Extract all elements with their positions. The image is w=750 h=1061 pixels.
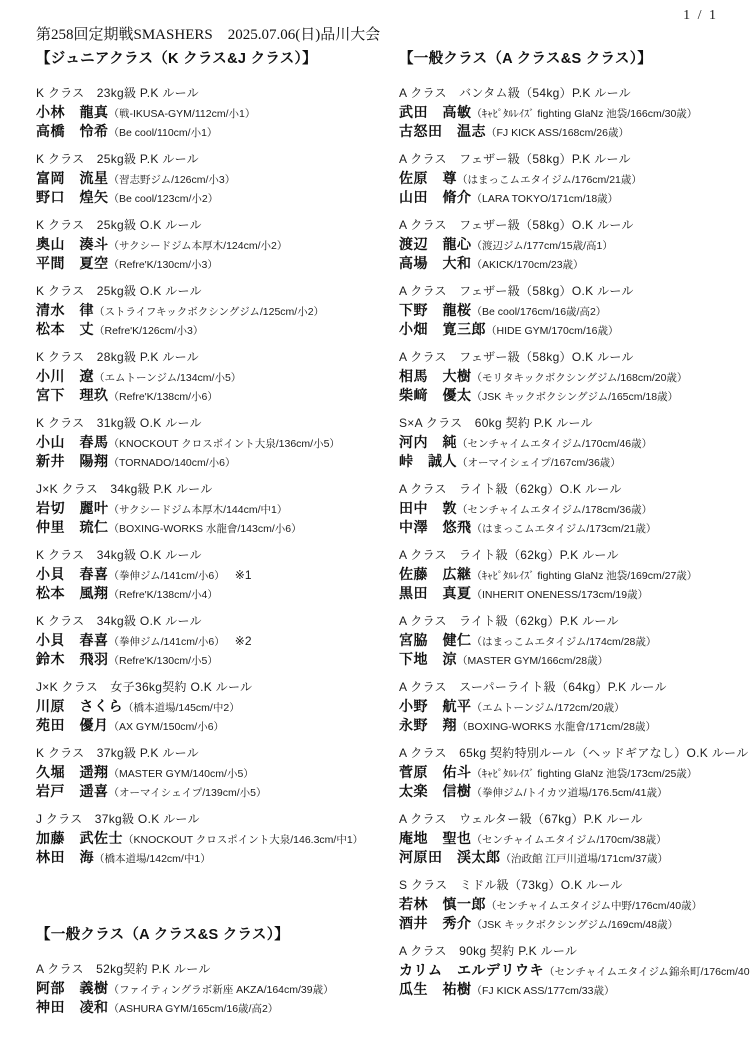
fighter-row: 庵地 聖也（センチャイムエタイジム/170cm/38歳） [399,829,747,848]
fighter-row: 小林 龍真（戦-IKUSA-GYM/112cm/小1） [36,103,392,122]
fighter-info: （Be cool/176cm/16歳/高2） [472,306,607,318]
match-block: A クラス ライト級（62kg）P.K ルール 宮脇 健仁（はまっこムエタイジム… [399,612,747,669]
match-block: A クラス フェザー級（58kg）O.K ルール 渡辺 龍心（渡辺ジム/177c… [399,216,747,273]
match-division: K クラス 37kg級 P.K ルール [36,744,392,763]
fighter-row: 宮脇 健仁（はまっこムエタイジム/174cm/28歳） [399,631,747,650]
fighter-row: 宮下 理玖（Refre'K/138cm/小6） [36,386,392,405]
fighter-name: 林田 海 [36,849,94,865]
fighter-name: 岩切 麗叶 [36,500,109,516]
match-division: A クラス 52kg契約 P.K ルール [36,960,392,979]
fighter-info: （センチャイムエタイジム錦糸町/176cm/40歳） [544,966,750,978]
fighter-row: 柴﨑 優太（JSK キックボクシングジム/165cm/18歳） [399,386,747,405]
fighter-info: （BOXING-WORKS 水龍會/171cm/28歳） [457,721,656,733]
fighter-name: 庵地 聖也 [399,830,472,846]
fighter-name: 峠 誠人 [399,453,457,469]
match-block: A クラス ライト級（62kg）P.K ルール 佐藤 広継（ｷｬﾋﾟﾀﾙﾚｲｽﾞ… [399,546,747,603]
fighter-name: 阿部 義樹 [36,980,109,996]
fighter-row: 小山 春馬（KNOCKOUT クロスポイント大泉/136cm/小5） [36,433,392,452]
fighter-row: 岩切 麗叶（サクシードジム本厚木/144cm/中1） [36,499,392,518]
fighter-name: 新井 陽翔 [36,453,109,469]
fighter-info: （オーマイシェイプ/167cm/36歳） [457,457,621,469]
fighter-row: 新井 陽翔（TORNADO/140cm/小6） [36,452,392,471]
fighter-row: 清水 律（ストライフキックボクシングジム/125cm/小2） [36,301,392,320]
match-block: A クラス フェザー級（58kg）O.K ルール 相馬 大樹（モリタキックボクシ… [399,348,747,405]
fighter-name: 古怒田 温志 [399,123,486,139]
fighter-info: （ASHURA GYM/165cm/16歳/高2） [109,1003,279,1015]
fighter-row: 川原 さくら（橋本道場/145cm/中2） [36,697,392,716]
match-block: A クラス ライト級（62kg）O.K ルール 田中 敦（センチャイムエタイジム… [399,480,747,537]
match-division: K クラス 25kg級 O.K ルール [36,282,392,301]
match-division: J×K クラス 34kg級 P.K ルール [36,480,392,499]
fighter-name: 佐原 尊 [399,170,457,186]
fighter-row: 阿部 義樹（ファイティングラボ新座 AKZA/164cm/39歳） [36,979,392,998]
fighter-row: 野口 煌矢（Be cool/123cm/小2） [36,188,392,207]
right-column: 【一般クラス（A クラス&S クラス）】 A クラス バンタム級（54kg）P.… [399,47,747,1008]
fighter-note: ※1 [235,568,252,582]
fighter-info: （BOXING-WORKS 水龍會/143cm/小6） [109,523,302,535]
fighter-name: 奥山 湊斗 [36,236,109,252]
fighter-info: （Refre'K/138cm/小4） [109,589,218,601]
match-division: A クラス ウェルター級（67kg）P.K ルール [399,810,747,829]
fighter-info: （拳伸ジム/141cm/小6） [109,636,225,648]
fighter-info: （FJ KICK ASS/177cm/33歳） [472,985,615,997]
fighter-name: 川原 さくら [36,698,123,714]
section-heading: 【一般クラス（A クラス&S クラス）】 [36,923,392,944]
match-block: K クラス 25kg級 O.K ルール 奥山 湊斗（サクシードジム本厚木/124… [36,216,392,273]
fighter-name: 加藤 武佐士 [36,830,123,846]
fighter-info: （INHERIT ONENESS/173cm/19歳） [472,589,649,601]
class-section: 【一般クラス（A クラス&S クラス）】 A クラス バンタム級（54kg）P.… [399,47,747,999]
fighter-info: （エムトーンジム/134cm/小5） [94,372,241,384]
fighter-name: 下野 龍桜 [399,302,472,318]
fighter-info: （はまっこムエタイジム/174cm/28歳） [472,636,657,648]
match-block: S クラス ミドル級（73kg）O.K ルール 若林 慎一郎（センチャイムエタイ… [399,876,747,933]
fighter-info: （MASTER GYM/166cm/28歳） [457,655,608,667]
fighter-name: 渡辺 龍心 [399,236,472,252]
class-section: 【ジュニアクラス（K クラス&J クラス）】 K クラス 23kg級 P.K ル… [36,47,392,867]
fighter-info: （ｷｬﾋﾟﾀﾙﾚｲｽﾞ fighting GlaNz 池袋/173cm/25歳） [472,768,698,780]
fighter-name: 河原田 渓太郎 [399,849,501,865]
match-division: S×A クラス 60kg 契約 P.K ルール [399,414,747,433]
match-division: A クラス バンタム級（54kg）P.K ルール [399,84,747,103]
match-division: J クラス 37kg級 O.K ルール [36,810,392,829]
fighter-info: （ファイティングラボ新座 AKZA/164cm/39歳） [109,984,334,996]
fighter-name: 山田 脩介 [399,189,472,205]
fighter-row: 中澤 悠飛（はまっこムエタイジム/173cm/21歳） [399,518,747,537]
match-division: A クラス スーパーライト級（64kg）P.K ルール [399,678,747,697]
fighter-name: 太楽 信樹 [399,783,472,799]
fighter-info: （治政館 江戸川道場/171cm/37歳） [501,853,668,865]
fighter-info: （Refre'K/138cm/小6） [109,391,218,403]
fighter-info: （HIDE GYM/170cm/16歳） [486,325,618,337]
match-block: A クラス ウェルター級（67kg）P.K ルール 庵地 聖也（センチャイムエタ… [399,810,747,867]
fighter-info: （Refre'K/126cm/小3） [94,325,203,337]
fighter-info: （渡辺ジム/177cm/15歳/高1） [472,240,613,252]
match-division: K クラス 25kg級 O.K ルール [36,216,392,235]
match-division: K クラス 23kg級 P.K ルール [36,84,392,103]
fighter-row: 小川 遼（エムトーンジム/134cm/小5） [36,367,392,386]
fighter-row: 松本 風翔（Refre'K/138cm/小4） [36,584,392,603]
fighter-row: 瓜生 祐樹（FJ KICK ASS/177cm/33歳） [399,980,747,999]
fighter-name: 田中 敦 [399,500,457,516]
fighter-row: カリム エルデリウキ（センチャイムエタイジム錦糸町/176cm/40歳） [399,961,747,980]
match-block: K クラス 34kg級 O.K ルール 小貝 春喜（拳伸ジム/141cm/小6）… [36,546,392,603]
match-block: K クラス 31kg級 O.K ルール 小山 春馬（KNOCKOUT クロスポイ… [36,414,392,471]
fighter-name: 野口 煌矢 [36,189,109,205]
fighter-row: 苑田 優月（AX GYM/150cm/小6） [36,716,392,735]
fighter-row: 仲里 琉仁（BOXING-WORKS 水龍會/143cm/小6） [36,518,392,537]
fighter-info: （オーマイシェイプ/139cm/小5） [109,787,267,799]
fighter-info: （はまっこムエタイジム/173cm/21歳） [472,523,657,535]
match-division: J×K クラス 女子36kg契約 O.K ルール [36,678,392,697]
fighter-info: （センチャイムエタイジム/170cm/46歳） [457,438,652,450]
fighter-name: 小貝 春喜 [36,566,109,582]
fighter-name: 小林 龍真 [36,104,109,120]
fighter-info: （AX GYM/150cm/小6） [109,721,225,733]
left-column: 【ジュニアクラス（K クラス&J クラス）】 K クラス 23kg級 P.K ル… [36,47,392,1026]
fighter-row: 山田 脩介（LARA TOKYO/171cm/18歳） [399,188,747,207]
match-block: K クラス 25kg級 O.K ルール 清水 律（ストライフキックボクシングジム… [36,282,392,339]
fighter-info: （エムトーンジム/172cm/20歳） [472,702,625,714]
fighter-info: （はまっこムエタイジム/176cm/21歳） [457,174,642,186]
fighter-row: 小貝 春喜（拳伸ジム/141cm/小6）※1 [36,565,392,584]
fighter-name: 河内 純 [399,434,457,450]
fighter-info: （モリタキックボクシングジム/168cm/20歳） [472,372,688,384]
fighter-name: 鈴木 飛羽 [36,651,109,667]
fighter-name: カリム エルデリウキ [399,962,544,978]
fighter-name: 宮脇 健仁 [399,632,472,648]
fighter-info: （Be cool/123cm/小2） [109,193,219,205]
fighter-row: 永野 翔（BOXING-WORKS 水龍會/171cm/28歳） [399,716,747,735]
fighter-row: 相馬 大樹（モリタキックボクシングジム/168cm/20歳） [399,367,747,386]
fighter-row: 加藤 武佐士（KNOCKOUT クロスポイント大泉/146.3cm/中1） [36,829,392,848]
fighter-row: 下野 龍桜（Be cool/176cm/16歳/高2） [399,301,747,320]
fighter-info: （KNOCKOUT クロスポイント大泉/136cm/小5） [109,438,340,450]
fighter-name: 岩戸 遥喜 [36,783,109,799]
fighter-name: 松本 丈 [36,321,94,337]
fighter-name: 菅原 佑斗 [399,764,472,780]
fighter-note: ※2 [235,634,252,648]
fighter-info: （ストライフキックボクシングジム/125cm/小2） [94,306,324,318]
match-block: A クラス 90kg 契約 P.K ルール カリム エルデリウキ（センチャイムエ… [399,942,747,999]
fighter-info: （橋本道場/142cm/中1） [94,853,211,865]
match-division: A クラス フェザー級（58kg）O.K ルール [399,348,747,367]
fighter-name: 瓜生 祐樹 [399,981,472,997]
fighter-row: 佐原 尊（はまっこムエタイジム/176cm/21歳） [399,169,747,188]
fighter-row: 黒田 真夏（INHERIT ONENESS/173cm/19歳） [399,584,747,603]
fighter-name: 高橋 怜希 [36,123,109,139]
fighter-info: （橋本道場/145cm/中2） [123,702,240,714]
match-block: J×K クラス 女子36kg契約 O.K ルール 川原 さくら（橋本道場/145… [36,678,392,735]
match-division: K クラス 25kg級 P.K ルール [36,150,392,169]
fighter-row: 高橋 怜希（Be cool/110cm/小1） [36,122,392,141]
fighter-name: 永野 翔 [399,717,457,733]
match-division: S クラス ミドル級（73kg）O.K ルール [399,876,747,895]
fighter-name: 苑田 優月 [36,717,109,733]
match-block: J×K クラス 34kg級 P.K ルール 岩切 麗叶（サクシードジム本厚木/1… [36,480,392,537]
section-heading: 【ジュニアクラス（K クラス&J クラス）】 [36,47,392,68]
fighter-row: 下地 涼（MASTER GYM/166cm/28歳） [399,650,747,669]
match-division: K クラス 28kg級 P.K ルール [36,348,392,367]
fighter-name: 松本 風翔 [36,585,109,601]
fighter-name: 久堀 遥翔 [36,764,109,780]
fighter-info: （サクシードジム本厚木/144cm/中1） [109,504,288,516]
match-block: J クラス 37kg級 O.K ルール 加藤 武佐士（KNOCKOUT クロスポ… [36,810,392,867]
fighter-row: 古怒田 温志（FJ KICK ASS/168cm/26歳） [399,122,747,141]
fighter-row: 小野 航平（エムトーンジム/172cm/20歳） [399,697,747,716]
fighter-name: 平間 夏空 [36,255,109,271]
fighter-info: （サクシードジム本厚木/124cm/小2） [109,240,288,252]
class-section: 【一般クラス（A クラス&S クラス）】 A クラス 52kg契約 P.K ルー… [36,923,392,1017]
fighter-name: 高場 大和 [399,255,472,271]
fighter-row: 小貝 春喜（拳伸ジム/141cm/小6）※2 [36,631,392,650]
match-division: A クラス 65kg 契約特別ルール（ヘッドギアなし）O.K ルール [399,744,747,763]
page-number: 1 / 1 [683,8,718,24]
fighter-row: 神田 凌和（ASHURA GYM/165cm/16歳/高2） [36,998,392,1017]
fighter-info: （JSK キックボクシングジム/169cm/48歳） [472,919,679,931]
fighter-info: （Be cool/110cm/小1） [109,127,218,139]
fighter-info: （ｷｬﾋﾟﾀﾙﾚｲｽﾞ fighting GlaNz 池袋/169cm/27歳） [472,570,698,582]
match-division: A クラス 90kg 契約 P.K ルール [399,942,747,961]
fighter-row: 松本 丈（Refre'K/126cm/小3） [36,320,392,339]
fighter-info: （戦-IKUSA-GYM/112cm/小1） [109,108,256,120]
match-division: A クラス ライト級（62kg）P.K ルール [399,546,747,565]
fighter-name: 宮下 理玖 [36,387,109,403]
match-division: A クラス フェザー級（58kg）O.K ルール [399,282,747,301]
match-division: A クラス フェザー級（58kg）P.K ルール [399,150,747,169]
match-block: A クラス 65kg 契約特別ルール（ヘッドギアなし）O.K ルール 菅原 佑斗… [399,744,747,801]
match-block: A クラス フェザー級（58kg）P.K ルール 佐原 尊（はまっこムエタイジム… [399,150,747,207]
fighter-row: 太楽 信樹（拳伸ジム/トイカツ道場/176.5cm/41歳） [399,782,747,801]
fighter-name: 武田 高敏 [399,104,472,120]
fighter-info: （習志野ジム/126cm/小3） [109,174,236,186]
fighter-row: 鈴木 飛羽（Refre'K/130cm/小5） [36,650,392,669]
fighter-name: 小貝 春喜 [36,632,109,648]
match-block: A クラス フェザー級（58kg）O.K ルール 下野 龍桜（Be cool/1… [399,282,747,339]
fighter-info: （センチャイムエタイジム/178cm/36歳） [457,504,652,516]
fighter-row: 林田 海（橋本道場/142cm/中1） [36,848,392,867]
fighter-row: 渡辺 龍心（渡辺ジム/177cm/15歳/高1） [399,235,747,254]
fighter-name: 小川 遼 [36,368,94,384]
fighter-info: （拳伸ジム/トイカツ道場/176.5cm/41歳） [472,787,668,799]
fighter-row: 河内 純（センチャイムエタイジム/170cm/46歳） [399,433,747,452]
fighter-name: 酒井 秀介 [399,915,472,931]
fighter-info: （JSK キックボクシングジム/165cm/18歳） [472,391,679,403]
fighter-info: （Refre'K/130cm/小5） [109,655,218,667]
fighter-row: 富岡 流星（習志野ジム/126cm/小3） [36,169,392,188]
fighter-row: 武田 高敏（ｷｬﾋﾟﾀﾙﾚｲｽﾞ fighting GlaNz 池袋/166cm… [399,103,747,122]
fighter-row: 岩戸 遥喜（オーマイシェイプ/139cm/小5） [36,782,392,801]
fighter-info: （ｷｬﾋﾟﾀﾙﾚｲｽﾞ fighting GlaNz 池袋/166cm/30歳） [472,108,698,120]
match-division: A クラス ライト級（62kg）P.K ルール [399,612,747,631]
fighter-row: 酒井 秀介（JSK キックボクシングジム/169cm/48歳） [399,914,747,933]
fighter-info: （センチャイムエタイジム/170cm/38歳） [472,834,667,846]
fighter-name: 小畑 寛三郎 [399,321,486,337]
match-division: A クラス ライト級（62kg）O.K ルール [399,480,747,499]
fighter-name: 富岡 流星 [36,170,109,186]
doc-title: 第258回定期戦SMASHERS 2025.07.06(日)品川大会 [36,23,380,44]
document-page: 1 / 1 第258回定期戦SMASHERS 2025.07.06(日)品川大会… [0,0,750,1061]
fighter-row: 奥山 湊斗（サクシードジム本厚木/124cm/小2） [36,235,392,254]
fighter-row: 佐藤 広継（ｷｬﾋﾟﾀﾙﾚｲｽﾞ fighting GlaNz 池袋/169cm… [399,565,747,584]
match-division: A クラス フェザー級（58kg）O.K ルール [399,216,747,235]
fighter-name: 清水 律 [36,302,94,318]
fighter-info: （MASTER GYM/140cm/小5） [109,768,254,780]
fighter-row: 若林 慎一郎（センチャイムエタイジム中野/176cm/40歳） [399,895,747,914]
fighter-name: 神田 凌和 [36,999,109,1015]
fighter-row: 小畑 寛三郎（HIDE GYM/170cm/16歳） [399,320,747,339]
fighter-info: （Refre'K/130cm/小3） [109,259,218,271]
match-block: S×A クラス 60kg 契約 P.K ルール 河内 純（センチャイムエタイジム… [399,414,747,471]
fighter-row: 平間 夏空（Refre'K/130cm/小3） [36,254,392,273]
fighter-info: （KNOCKOUT クロスポイント大泉/146.3cm/中1） [123,834,363,846]
fighter-name: 佐藤 広継 [399,566,472,582]
fighter-row: 菅原 佑斗（ｷｬﾋﾟﾀﾙﾚｲｽﾞ fighting GlaNz 池袋/173cm… [399,763,747,782]
fighter-row: 久堀 遥翔（MASTER GYM/140cm/小5） [36,763,392,782]
fighter-row: 田中 敦（センチャイムエタイジム/178cm/36歳） [399,499,747,518]
fighter-name: 小野 航平 [399,698,472,714]
match-block: K クラス 23kg級 P.K ルール 小林 龍真（戦-IKUSA-GYM/11… [36,84,392,141]
fighter-info: （AKICK/170cm/23歳） [472,259,584,271]
fighter-row: 高場 大和（AKICK/170cm/23歳） [399,254,747,273]
fighter-row: 河原田 渓太郎（治政館 江戸川道場/171cm/37歳） [399,848,747,867]
fighter-row: 峠 誠人（オーマイシェイプ/167cm/36歳） [399,452,747,471]
match-block: K クラス 37kg級 P.K ルール 久堀 遥翔（MASTER GYM/140… [36,744,392,801]
match-block: A クラス スーパーライト級（64kg）P.K ルール 小野 航平（エムトーンジ… [399,678,747,735]
fighter-name: 下地 涼 [399,651,457,667]
fighter-info: （センチャイムエタイジム中野/176cm/40歳） [486,900,702,912]
fighter-name: 仲里 琉仁 [36,519,109,535]
fighter-info: （拳伸ジム/141cm/小6） [109,570,225,582]
match-block: K クラス 25kg級 P.K ルール 富岡 流星（習志野ジム/126cm/小3… [36,150,392,207]
fighter-name: 黒田 真夏 [399,585,472,601]
fighter-info: （LARA TOKYO/171cm/18歳） [472,193,619,205]
match-block: A クラス 52kg契約 P.K ルール 阿部 義樹（ファイティングラボ新座 A… [36,960,392,1017]
match-block: K クラス 34kg級 O.K ルール 小貝 春喜（拳伸ジム/141cm/小6）… [36,612,392,669]
fighter-name: 柴﨑 優太 [399,387,472,403]
section-heading: 【一般クラス（A クラス&S クラス）】 [399,47,747,68]
match-division: K クラス 34kg級 O.K ルール [36,546,392,565]
fighter-name: 相馬 大樹 [399,368,472,384]
fighter-info: （TORNADO/140cm/小6） [109,457,236,469]
match-block: A クラス バンタム級（54kg）P.K ルール 武田 高敏（ｷｬﾋﾟﾀﾙﾚｲｽ… [399,84,747,141]
match-division: K クラス 31kg級 O.K ルール [36,414,392,433]
fighter-name: 小山 春馬 [36,434,109,450]
fighter-name: 中澤 悠飛 [399,519,472,535]
match-division: K クラス 34kg級 O.K ルール [36,612,392,631]
match-block: K クラス 28kg級 P.K ルール 小川 遼（エムトーンジム/134cm/小… [36,348,392,405]
fighter-name: 若林 慎一郎 [399,896,486,912]
fighter-info: （FJ KICK ASS/168cm/26歳） [486,127,629,139]
